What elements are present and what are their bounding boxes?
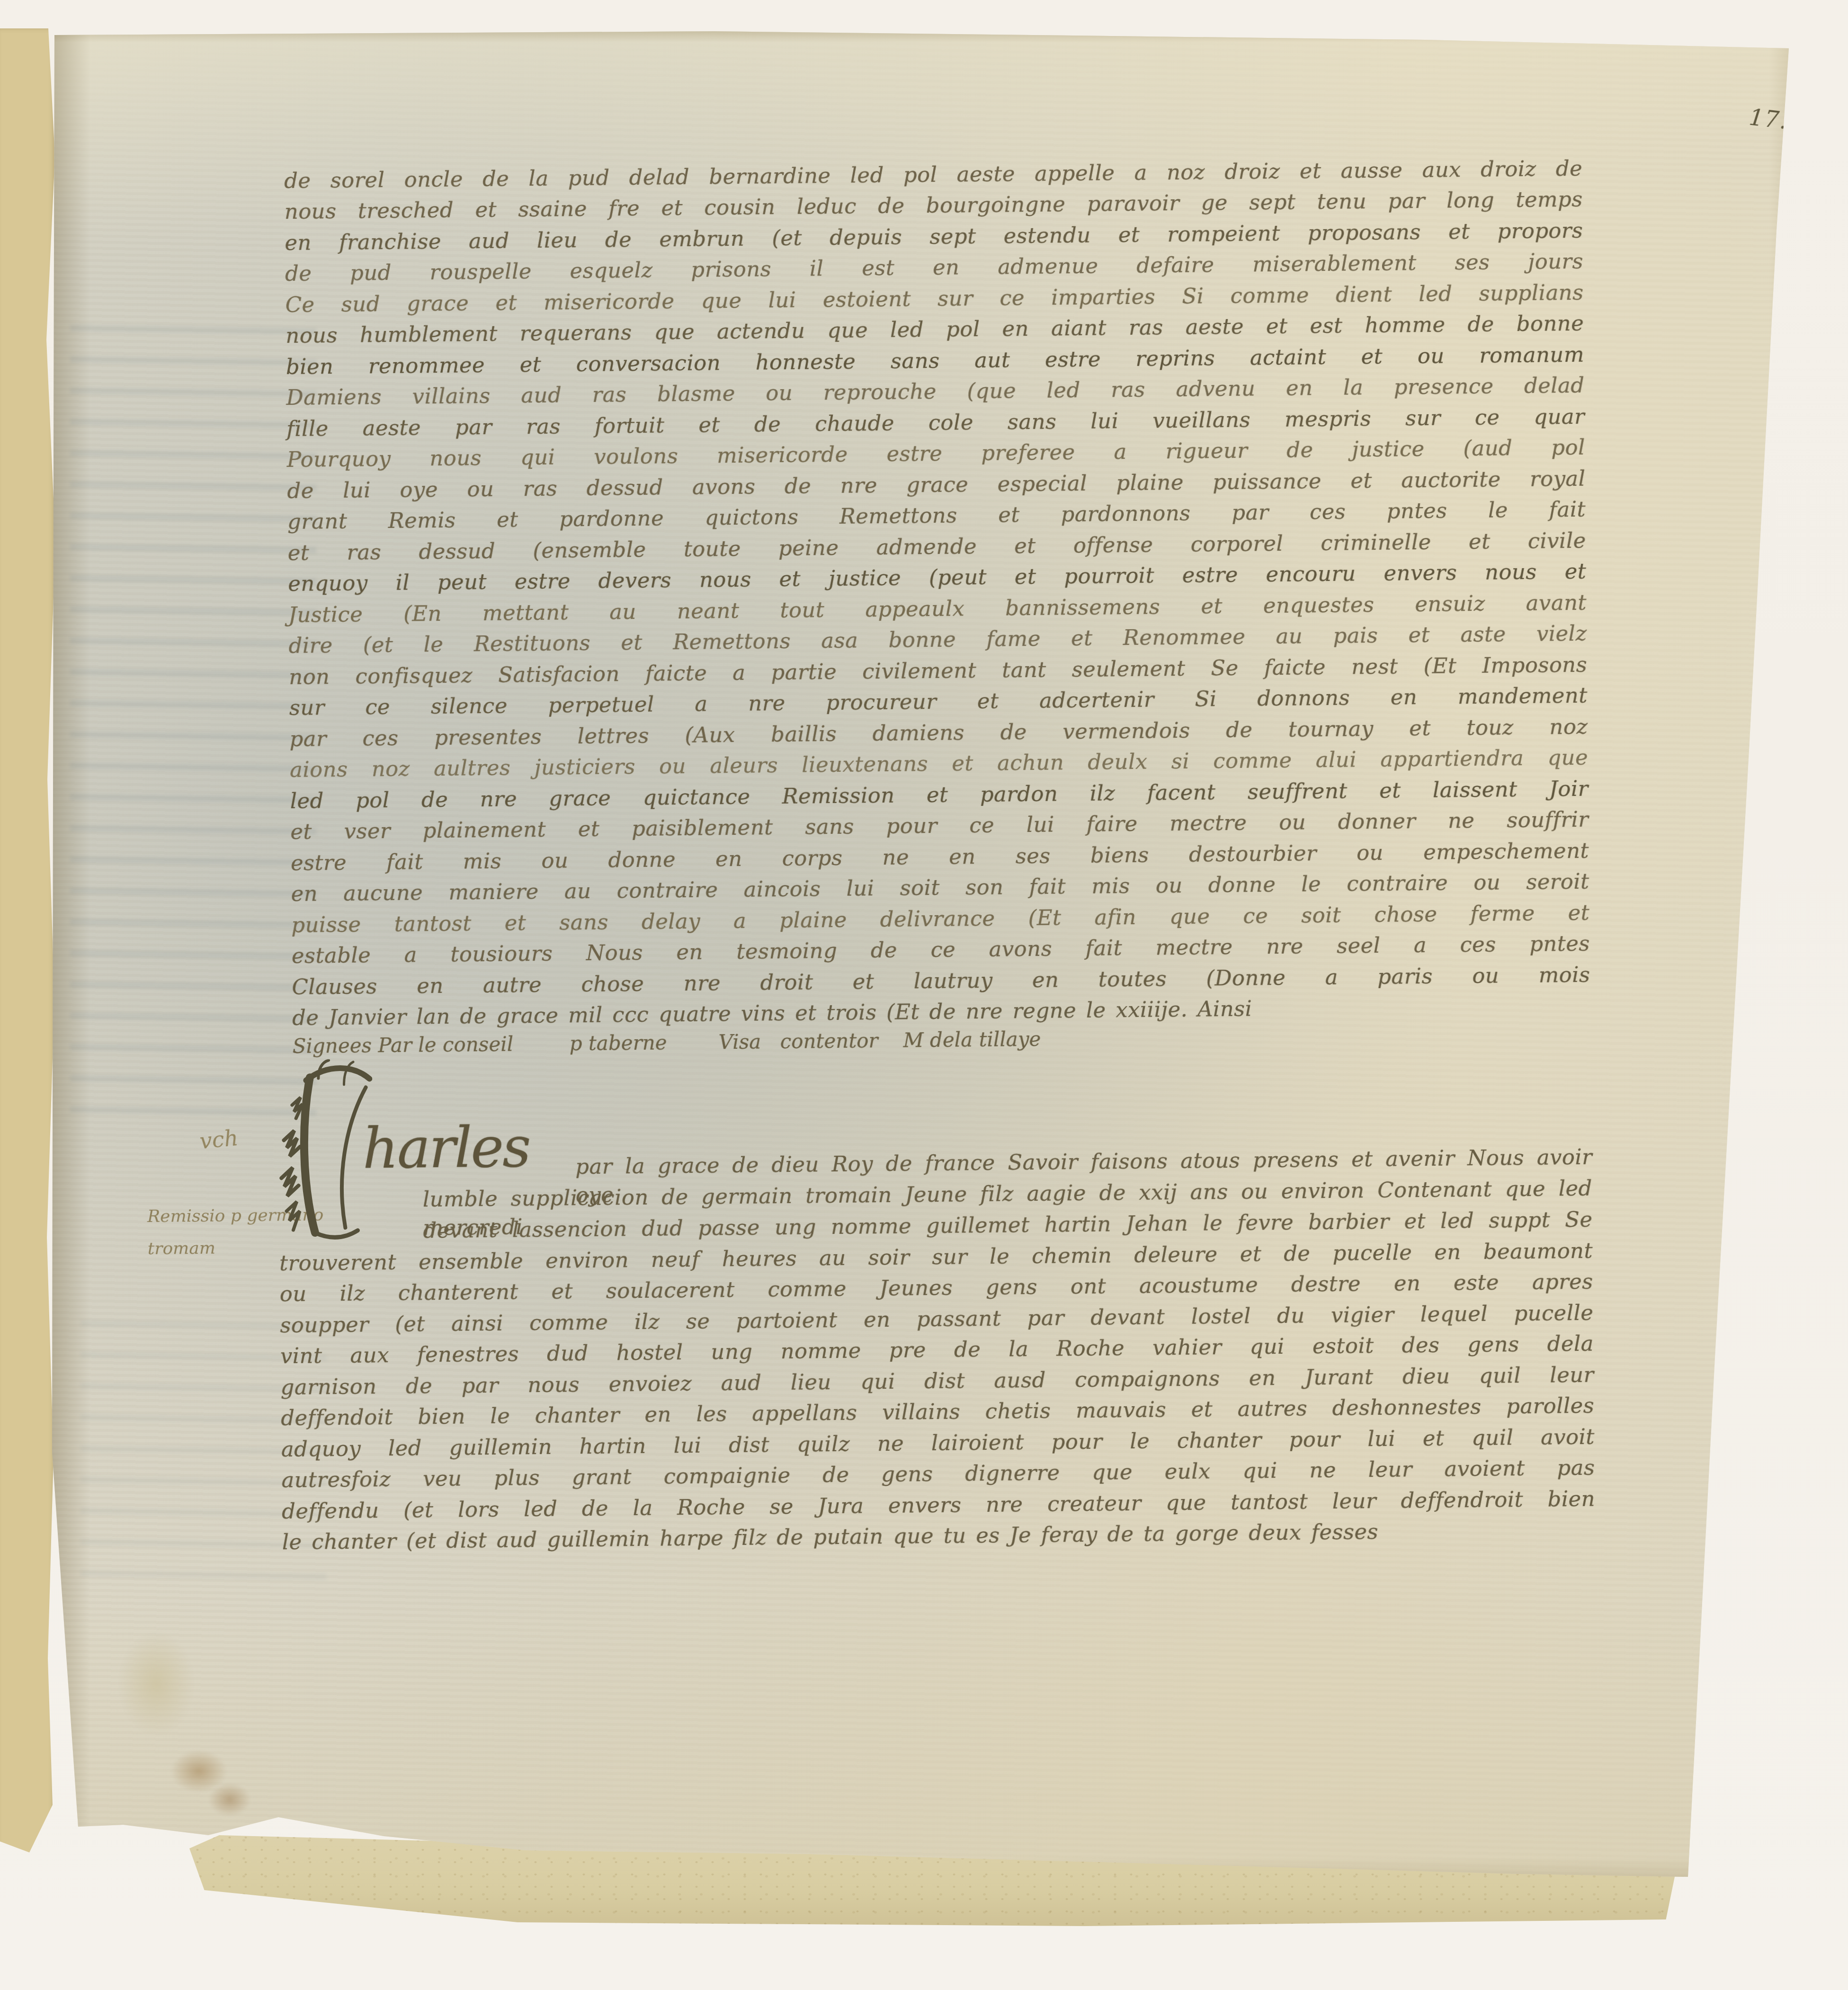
signature-conseil: Signees Par le conseil: [292, 1033, 513, 1058]
signature-contentor: contentor: [780, 1029, 878, 1053]
parchment-page: 17. de sorel oncle de la pud delad berna…: [52, 31, 1797, 1883]
signature-visa: Visa: [718, 1030, 761, 1054]
entry-2-text-block: par la grace de dieu Roy de france Savoi…: [51, 17, 1795, 33]
previous-folio-edge: [0, 28, 56, 1860]
manuscript-text-layer: 17. de sorel oncle de la pud delad berna…: [51, 17, 1813, 1885]
decorated-initial-C: [273, 1059, 374, 1244]
folio-number: 17.: [1748, 104, 1789, 135]
initial-word-rest: harles: [362, 1114, 530, 1181]
margin-quire-mark: vch: [198, 1125, 239, 1154]
margin-note-remissio: tromam: [148, 1239, 215, 1258]
signature-registrar: M dela tillaye: [903, 1027, 1041, 1052]
entry-1-text-block: de sorel oncle de la pud delad bernardin…: [51, 17, 1795, 33]
signature-secretary: p taberne: [569, 1031, 667, 1055]
